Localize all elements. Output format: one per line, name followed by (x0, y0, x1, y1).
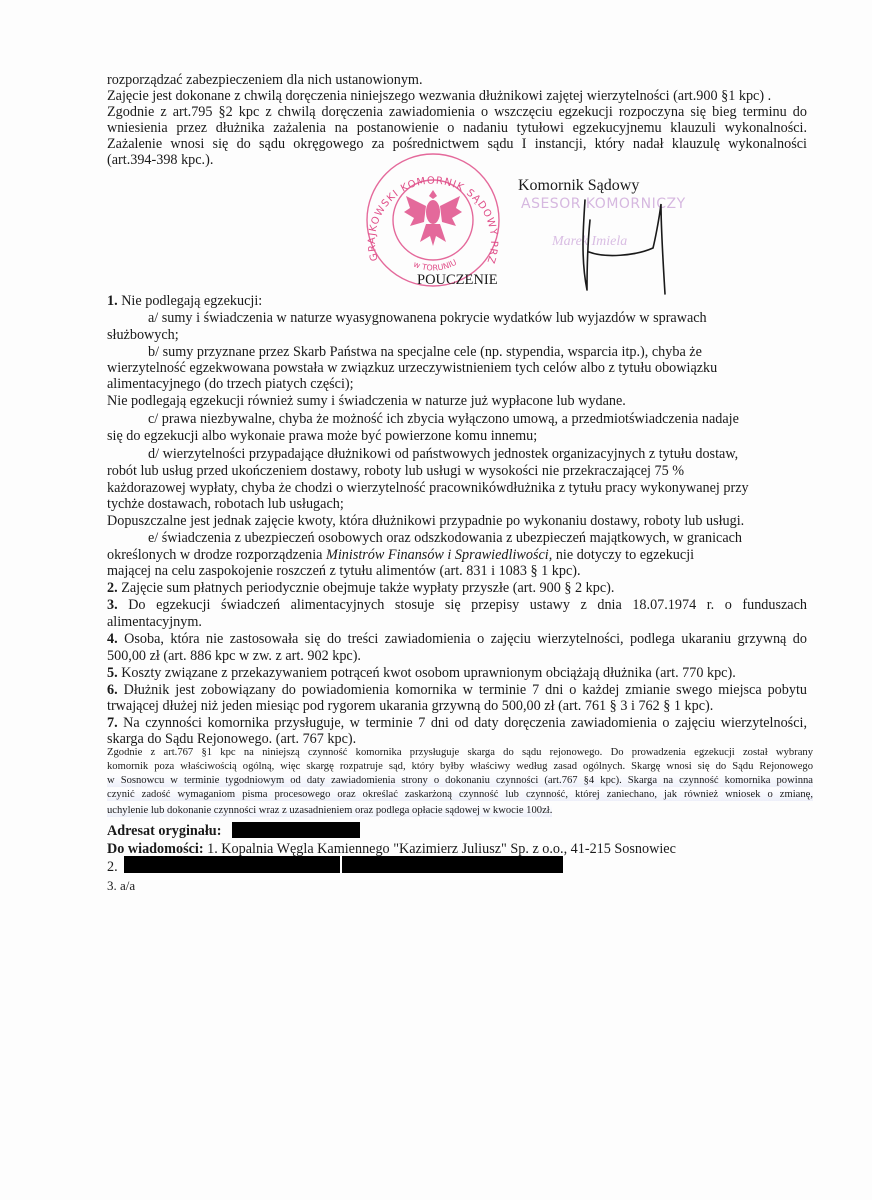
item-d: Dopuszczalne jest jednak zajęcie kwoty, … (107, 513, 744, 529)
redaction-bar (342, 856, 563, 873)
cc-line-3: 3. a/a (107, 878, 135, 894)
item-3: 3. Do egzekucji świadczeń alimentacyjnyc… (107, 597, 807, 613)
item-e: określonych w drodze rozporządzenia Mini… (107, 547, 694, 563)
note-line: uchylenie lub dokonanie czynności wraz z… (107, 804, 552, 817)
item-c: się do egzekucji albo wykonaie prawa moż… (107, 428, 537, 444)
intro-line: rozporządzać zabezpieczeniem dla nich us… (107, 72, 423, 88)
item-6: trwającej dłużej niż jeden miesiąc pod r… (107, 698, 713, 714)
item-6: 6. Dłużnik jest zobowiązany do powiadomi… (107, 682, 807, 698)
intro-line: Zajęcie jest dokonane z chwilą doręczeni… (107, 88, 771, 104)
redaction-bar (232, 822, 360, 838)
section-title: POUCZENIE (417, 272, 498, 289)
intro-line: wniesienia przez dłużnika zażalenia na p… (107, 120, 807, 136)
cc-line-2: 2. (107, 859, 118, 875)
cc-line-1: Do wiadomości: 1. Kopalnia Węgla Kamienn… (107, 841, 676, 857)
document-page: rozporządzać zabezpieczeniem dla nich us… (0, 0, 872, 1200)
item-c: c/ prawa niezbywalne, chyba że możność i… (148, 411, 739, 427)
item-b: alimentacyjnego (do trzech piatych częśc… (107, 376, 354, 392)
item-a: służbowych; (107, 327, 179, 343)
item-d: d/ wierzytelności przypadające dłużnikow… (148, 446, 738, 462)
item-e: e/ świadczenia z ubezpieczeń osobowych o… (148, 530, 742, 546)
item-d: robót lub usług przed ukończeniem dostaw… (107, 463, 684, 479)
item-4: 500,00 zł (art. 886 kpc w zw. z art. 902… (107, 648, 361, 664)
note-line: w Sosnowcu w terminie tygodniowym od dat… (107, 774, 813, 787)
note-line: Zgodnie z art.767 §1 kpc na niniejszą cz… (107, 746, 813, 759)
item-1: 1. Nie podlegają egzekucji: (107, 293, 262, 309)
note-line: czynić zadość wymaganiom pisma procesowe… (107, 788, 813, 801)
item-b: wierzytelność egzekwowana powstała w zwi… (107, 360, 717, 376)
item-2: 2. Zajęcie sum płatnych periodycznie obe… (107, 580, 614, 596)
note-line: komornik poza właściwością ogólną, więc … (107, 760, 813, 773)
item-e: mającej na celu zaspokojenie roszczeń z … (107, 563, 581, 579)
also-exempt: Nie podlegają egzekucji również sumy i ś… (107, 393, 626, 409)
court-stamp-icon: GRAJKOWSKI KOMORNIK SĄDOWY PRZY SĄDZIE R… (358, 150, 508, 290)
item-7: 7. Na czynności komornika przysługuje, w… (107, 715, 807, 731)
intro-line: (art.394-398 kpc.). (107, 152, 213, 168)
item-3: alimentacyjnym. (107, 614, 202, 630)
intro-line: Zgodnie z art.795 §2 kpc z chwilą doręcz… (107, 104, 807, 120)
item-7: skarga do Sądu Rejonowego. (art. 767 kpc… (107, 731, 356, 747)
original-recipient-label: Adresat oryginału: (107, 823, 221, 839)
item-a: a/ sumy i świadczenia w naturze wyasygno… (148, 310, 707, 326)
handwritten-signature-icon (575, 190, 675, 300)
redaction-bar (124, 856, 340, 873)
item-d: tychże dostawach, robotach lub usługach; (107, 496, 344, 512)
item-4: 4. Osoba, która nie zastosowała się do t… (107, 631, 807, 647)
item-5: 5. Koszty związane z przekazywaniem potr… (107, 665, 736, 681)
item-b: b/ sumy przyznane przez Skarb Państwa na… (148, 344, 702, 360)
item-d: każdorazowej wypłaty, chyba że chodzi o … (107, 480, 749, 496)
